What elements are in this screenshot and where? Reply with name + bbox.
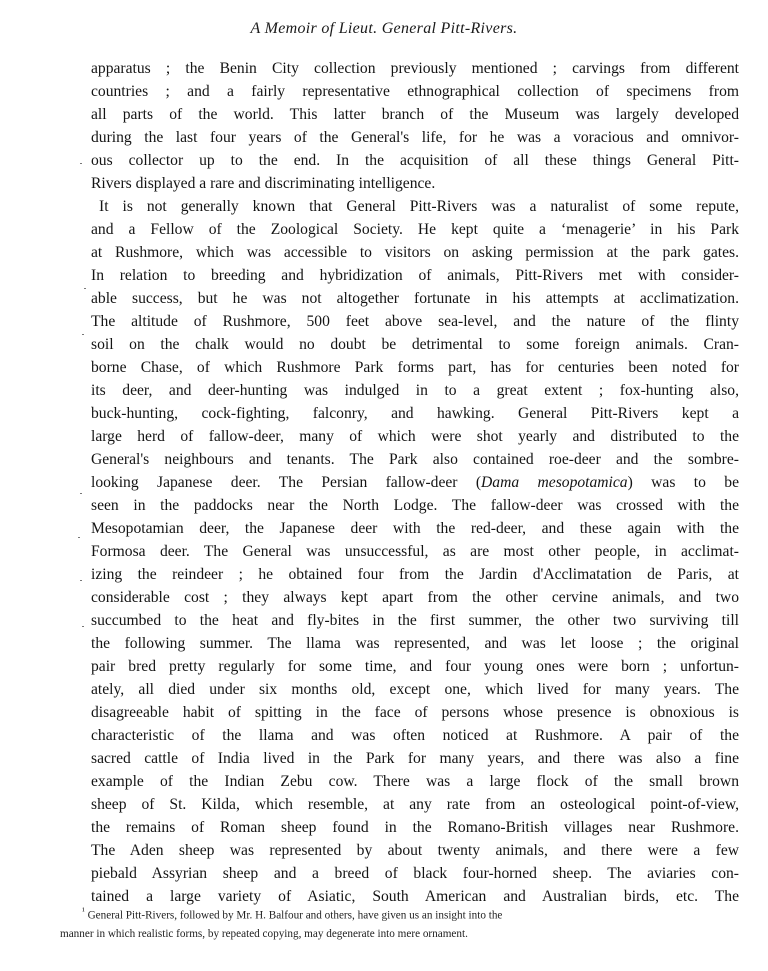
- running-header: A Memoir of Lieut. General Pitt-Rivers.: [0, 20, 768, 38]
- scan-speck: [80, 493, 82, 494]
- footnote-line: manner in which realistic forms, by repe…: [60, 925, 740, 943]
- text-line-with-italic: looking Japanese deer. The Persian fallo…: [91, 471, 739, 494]
- scan-speck: [78, 537, 80, 538]
- text-line: borne Chase, of which Rushmore Park form…: [91, 356, 739, 379]
- text-line: Rivers displayed a rare and discriminati…: [91, 172, 739, 195]
- text-segment: looking Japanese deer. The Persian fallo…: [91, 474, 481, 491]
- text-line: seen in the paddocks near the North Lodg…: [91, 494, 739, 517]
- footnote-text: General Pitt-Rivers, followed by Mr. H. …: [88, 910, 503, 922]
- scan-speck: [82, 334, 84, 335]
- text-line: Mesopotamian deer, the Japanese deer wit…: [91, 517, 739, 540]
- footnote: ¹ General Pitt-Rivers, followed by Mr. H…: [60, 903, 740, 943]
- text-line: The Aden sheep was represented by about …: [91, 839, 739, 862]
- text-line: large herd of fallow-deer, many of which…: [91, 425, 739, 448]
- text-line: succumbed to the heat and fly-bites in t…: [91, 609, 739, 632]
- text-line: izing the reindeer ; he obtained four fr…: [91, 563, 739, 586]
- text-line: Formosa deer. The General was unsuccessf…: [91, 540, 739, 563]
- text-line: ous collector up to the end. In the acqu…: [91, 149, 739, 172]
- text-line: The altitude of Rushmore, 500 feet above…: [91, 310, 739, 333]
- text-line: piebald Assyrian sheep and a breed of bl…: [91, 862, 739, 885]
- text-line: its deer, and deer-hunting was indulged …: [91, 379, 739, 402]
- text-line: buck-hunting, cock-fighting, falconry, a…: [91, 402, 739, 425]
- text-line: disagreeable habit of spitting in the fa…: [91, 701, 739, 724]
- text-line: General's neighbours and tenants. The Pa…: [91, 448, 739, 471]
- paragraph-start-line: It is not generally known that General P…: [91, 195, 739, 218]
- text-line: at Rushmore, which was accessible to vis…: [91, 241, 739, 264]
- text-line: the remains of Roman sheep found in the …: [91, 816, 739, 839]
- text-line: sacred cattle of India lived in the Park…: [91, 747, 739, 770]
- scan-speck: [80, 163, 82, 164]
- text-line: the following summer. The llama was repr…: [91, 632, 739, 655]
- text-line: apparatus ; the Benin City collection pr…: [91, 57, 739, 80]
- text-line: characteristic of the llama and was ofte…: [91, 724, 739, 747]
- text-line: sheep of St. Kilda, which resemble, at a…: [91, 793, 739, 816]
- text-line: ately, all died under six months old, ex…: [91, 678, 739, 701]
- document-page: A Memoir of Lieut. General Pitt-Rivers. …: [0, 0, 768, 971]
- footnote-marker: ¹: [82, 907, 85, 917]
- scan-speck: [84, 288, 86, 289]
- text-line: during the last four years of the Genera…: [91, 126, 739, 149]
- footnote-line: ¹ General Pitt-Rivers, followed by Mr. H…: [60, 903, 740, 925]
- text-line: countries ; and a fairly representative …: [91, 80, 739, 103]
- species-name-italic: Dama mesopotamica: [481, 474, 628, 491]
- scan-speck: [80, 580, 82, 581]
- text-line: all parts of the world. This latter bran…: [91, 103, 739, 126]
- body-text: apparatus ; the Benin City collection pr…: [91, 57, 739, 908]
- text-line: and a Fellow of the Zoological Society. …: [91, 218, 739, 241]
- text-line: considerable cost ; they always kept apa…: [91, 586, 739, 609]
- scan-speck: [82, 626, 84, 627]
- text-line: pair bred pretty regularly for some time…: [91, 655, 739, 678]
- text-line: In relation to breeding and hybridizatio…: [91, 264, 739, 287]
- text-line: soil on the chalk would no doubt be detr…: [91, 333, 739, 356]
- text-line: able success, but he was not altogether …: [91, 287, 739, 310]
- text-line: example of the Indian Zebu cow. There wa…: [91, 770, 739, 793]
- text-segment: ) was to be: [628, 474, 739, 491]
